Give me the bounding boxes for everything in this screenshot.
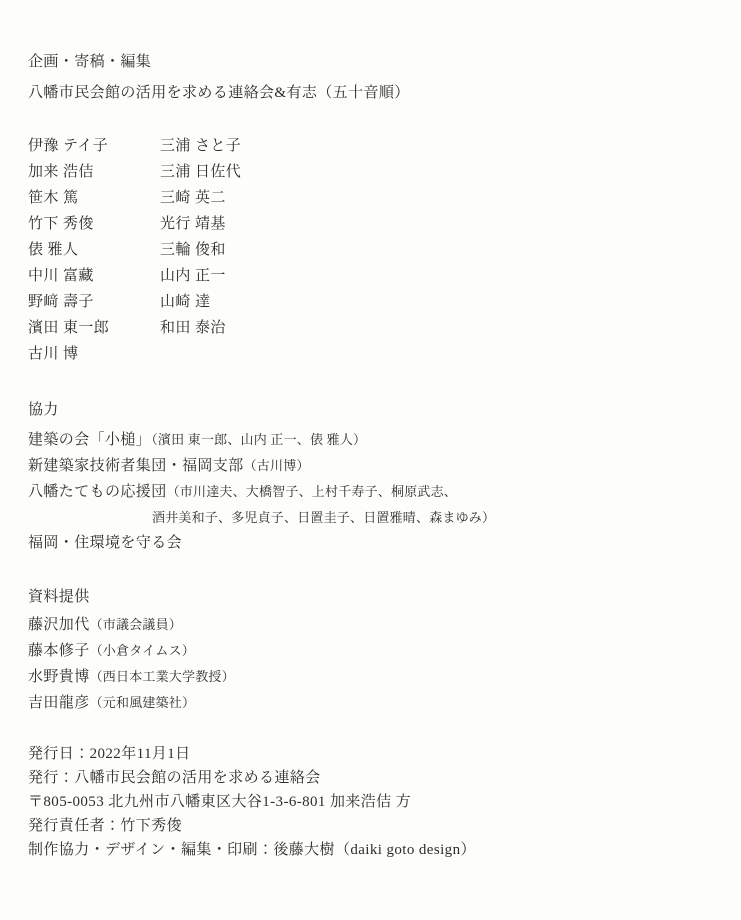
provider-name: 水野貴博 xyxy=(28,669,90,685)
section-materials: 資料提供 藤沢加代（市議会議員） 藤本修子（小倉タイムス） 水野貴博（西日本工業… xyxy=(28,584,711,716)
name-row: 伊豫 テイ子三浦 さと子 xyxy=(28,133,711,159)
publishing-manager: 発行責任者：竹下秀俊 xyxy=(28,814,711,838)
cooperation-item: 福岡・住環境を守る会 xyxy=(28,531,711,556)
cooperation-item: 八幡たてもの応援団（市川達夫、大橋智子、上村千寿子、桐原武志、 xyxy=(28,479,711,505)
provider-name: 藤沢加代 xyxy=(28,617,90,633)
provider-affiliation: （小倉タイムス） xyxy=(90,643,195,658)
contributor-name: 山崎 達 xyxy=(160,294,210,310)
production-credit: 制作協力・デザイン・編集・印刷：後藤大樹（daiki goto design） xyxy=(28,838,711,862)
contributor-name: 三浦 日佐代 xyxy=(160,164,241,180)
materials-list: 藤沢加代（市議会議員） 藤本修子（小倉タイムス） 水野貴博（西日本工業大学教授）… xyxy=(28,612,711,716)
contributor-name: 和田 泰治 xyxy=(160,320,226,336)
contributor-name: 加来 浩佶 xyxy=(28,159,160,185)
materials-item: 水野貴博（西日本工業大学教授） xyxy=(28,664,711,690)
provider-name: 藤本修子 xyxy=(28,643,90,659)
section-editing: 企画・寄稿・編集 八幡市民会館の活用を求める連絡会&有志（五十音順） 伊豫 テイ… xyxy=(28,49,711,367)
name-row: 俵 雅人三輪 俊和 xyxy=(28,237,711,263)
publisher: 発行：八幡市民会館の活用を求める連絡会 xyxy=(28,766,711,790)
group-name: 建築の会「小槌」 xyxy=(28,432,151,448)
cooperation-heading: 協力 xyxy=(28,397,711,423)
name-row: 古川 博 xyxy=(28,341,711,367)
provider-affiliation: （市議会議員） xyxy=(90,617,182,632)
editing-heading: 企画・寄稿・編集 xyxy=(28,49,711,75)
name-row: 野﨑 壽子山崎 達 xyxy=(28,289,711,315)
contributor-name: 古川 博 xyxy=(28,341,160,367)
materials-heading: 資料提供 xyxy=(28,584,711,610)
name-row: 竹下 秀俊光行 靖基 xyxy=(28,211,711,237)
member-names: （古川博） xyxy=(244,458,310,473)
contributor-name: 三輪 俊和 xyxy=(160,242,226,258)
cooperation-item-continuation: 酒井美和子、多児貞子、日置圭子、日置雅晴、森まゆみ） xyxy=(28,505,711,531)
materials-item: 藤本修子（小倉タイムス） xyxy=(28,638,711,664)
contributor-name: 濱田 東一郎 xyxy=(28,315,160,341)
contributor-name: 野﨑 壽子 xyxy=(28,289,160,315)
contributor-name-list: 伊豫 テイ子三浦 さと子 加来 浩佶三浦 日佐代 笹木 篤三崎 英二 竹下 秀俊… xyxy=(28,133,711,367)
member-names: （濱田 東一郎、山内 正一、俵 雅人） xyxy=(151,432,366,447)
contributor-name: 笹木 篤 xyxy=(28,185,160,211)
name-row: 加来 浩佶三浦 日佐代 xyxy=(28,159,711,185)
provider-affiliation: （西日本工業大学教授） xyxy=(90,669,235,684)
materials-item: 吉田龍彦（元和風建築社） xyxy=(28,690,711,716)
contributor-name: 三浦 さと子 xyxy=(160,138,241,154)
colophon-page: 企画・寄稿・編集 八幡市民会館の活用を求める連絡会&有志（五十音順） 伊豫 テイ… xyxy=(0,0,741,920)
publication-date: 発行日：2022年11月1日 xyxy=(28,742,711,766)
materials-item: 藤沢加代（市議会議員） xyxy=(28,612,711,638)
group-name: 福岡・住環境を守る会 xyxy=(28,535,182,551)
contributor-name: 竹下 秀俊 xyxy=(28,211,160,237)
contributor-name: 伊豫 テイ子 xyxy=(28,133,160,159)
contributor-name: 中川 富藏 xyxy=(28,263,160,289)
name-row: 濱田 東一郎和田 泰治 xyxy=(28,315,711,341)
contributor-name: 山内 正一 xyxy=(160,268,226,284)
contributor-name: 三崎 英二 xyxy=(160,190,226,206)
group-name: 新建築家技術者集団・福岡支部 xyxy=(28,458,244,474)
cooperation-list: 建築の会「小槌」（濱田 東一郎、山内 正一、俵 雅人） 新建築家技術者集団・福岡… xyxy=(28,427,711,556)
provider-name: 吉田龍彦 xyxy=(28,695,90,711)
section-cooperation: 協力 建築の会「小槌」（濱田 東一郎、山内 正一、俵 雅人） 新建築家技術者集団… xyxy=(28,397,711,556)
contributor-name: 光行 靖基 xyxy=(160,216,226,232)
section-colophon: 発行日：2022年11月1日 発行：八幡市民会館の活用を求める連絡会 〒805-… xyxy=(28,742,711,862)
publisher-address: 〒805-0053 北九州市八幡東区大谷1-3-6-801 加来浩佶 方 xyxy=(28,790,711,814)
cooperation-item: 新建築家技術者集団・福岡支部（古川博） xyxy=(28,453,711,479)
group-name: 八幡たてもの応援団 xyxy=(28,484,167,500)
member-names: 酒井美和子、多児貞子、日置圭子、日置雅晴、森まゆみ） xyxy=(152,510,495,525)
provider-affiliation: （元和風建築社） xyxy=(90,695,196,710)
name-row: 笹木 篤三崎 英二 xyxy=(28,185,711,211)
name-row: 中川 富藏山内 正一 xyxy=(28,263,711,289)
editing-group-name: 八幡市民会館の活用を求める連絡会&有志（五十音順） xyxy=(28,80,711,106)
contributor-name: 俵 雅人 xyxy=(28,237,160,263)
member-names: （市川達夫、大橋智子、上村千寿子、桐原武志、 xyxy=(167,484,457,499)
cooperation-item: 建築の会「小槌」（濱田 東一郎、山内 正一、俵 雅人） xyxy=(28,427,711,453)
